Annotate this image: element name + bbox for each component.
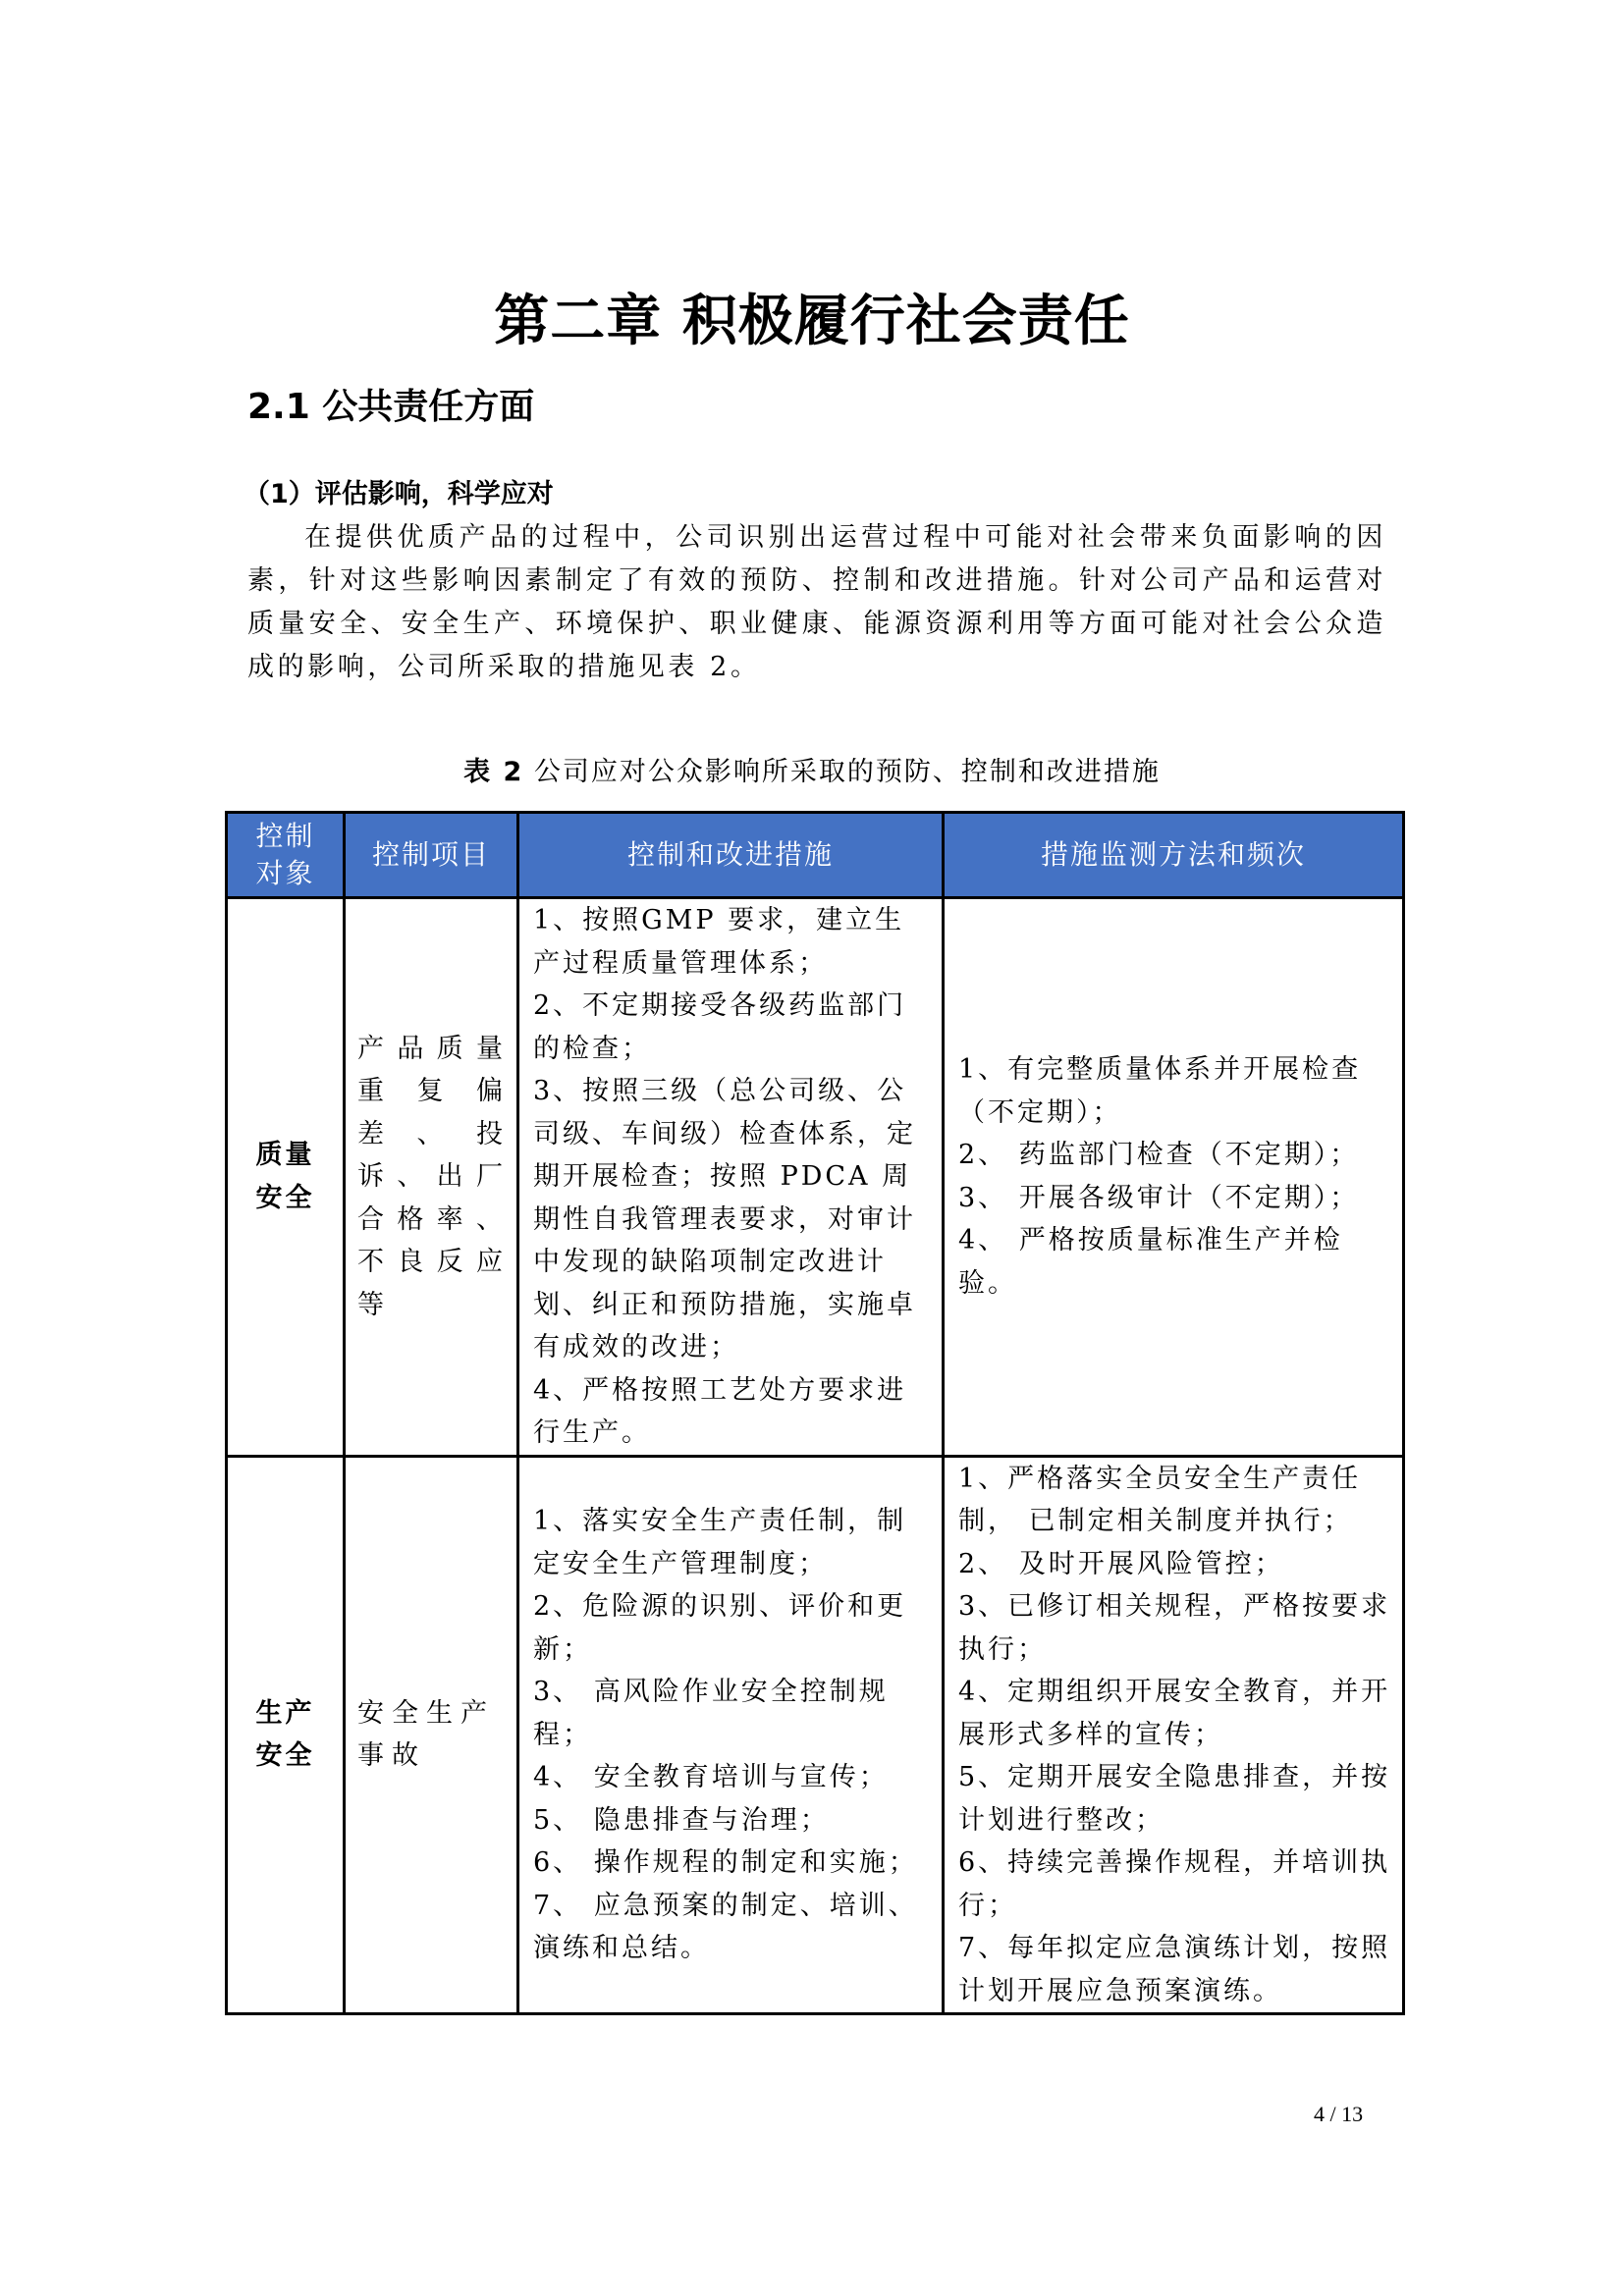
control-object-cell: 生产安全 [227,1456,345,2014]
table-row: 质量安全 产品质量重复偏差、投诉、出厂合格率、不良反应等 1、按照GMP 要求，… [227,898,1404,1457]
header-control-object: 控制对象 [227,813,345,898]
table-caption: 表 2 公司应对公众影响所采取的预防、控制和改进措施 [0,754,1624,791]
subsection-title: （1）评估影响，科学应对 [244,477,554,512]
measure-line: 2、不定期接受各级药监部门的检查； [533,985,934,1070]
monitoring-cell: 1、严格落实全员安全生产责任制， 已制定相关制度并执行； 2、 及时开展风险管控… [944,1456,1404,2014]
control-measures-cell: 1、按照GMP 要求，建立生产过程质量管理体系； 2、不定期接受各级药监部门的检… [518,898,944,1457]
measure-line: 2、危险源的识别、评价和更新； [533,1585,934,1671]
intro-paragraph: 在提供优质产品的过程中，公司识别出运营过程中可能对社会带来负面影响的因素，针对这… [247,516,1386,689]
measure-line: 3、 高风险作业安全控制规程； [533,1671,934,1756]
table-caption-label: 表 2 [463,757,523,787]
header-control-measures: 控制和改进措施 [518,813,944,898]
table-header-row: 控制对象 控制项目 控制和改进措施 措施监测方法和频次 [227,813,1404,898]
monitoring-cell: 1、有完整质量体系并开展检查（不定期）； 2、 药监部门检查（不定期）； 3、 … [944,898,1404,1457]
monitoring-line: 3、 开展各级审计（不定期）； [958,1177,1394,1220]
measures-table: 控制对象 控制项目 控制和改进措施 措施监测方法和频次 质量安全 产品质量重复偏… [225,811,1405,2015]
control-object-cell: 质量安全 [227,898,345,1457]
measure-line: 1、落实安全生产责任制，制定安全生产管理制度； [533,1500,934,1585]
measure-line: 4、严格按照工艺处方要求进行生产。 [533,1369,934,1455]
header-monitoring: 措施监测方法和频次 [944,813,1404,898]
control-measures-cell: 1、落实安全生产责任制，制定安全生产管理制度； 2、危险源的识别、评价和更新； … [518,1456,944,2014]
monitoring-line: 1、严格落实全员安全生产责任制， 已制定相关制度并执行； [958,1458,1394,1543]
control-item-cell: 产品质量重复偏差、投诉、出厂合格率、不良反应等 [345,898,518,1457]
header-control-item: 控制项目 [345,813,518,898]
monitoring-line: 4、 严格按质量标准生产并检验。 [958,1219,1394,1305]
monitoring-line: 2、 药监部门检查（不定期）； [958,1134,1394,1177]
monitoring-line: 3、已修订相关规程，严格按要求执行； [958,1585,1394,1671]
measure-line: 4、 安全教育培训与宣传； [533,1756,934,1799]
table-row: 生产安全 安全生产事故 1、落实安全生产责任制，制定安全生产管理制度； 2、危险… [227,1456,1404,2014]
monitoring-line: 2、 及时开展风险管控； [958,1543,1394,1586]
measure-line: 7、 应急预案的制定、培训、演练和总结。 [533,1885,934,1970]
section-title: 2.1 公共责任方面 [247,385,534,430]
monitoring-line: 1、有完整质量体系并开展检查（不定期）； [958,1048,1394,1134]
table-caption-text: 公司应对公众影响所采取的预防、控制和改进措施 [523,757,1161,787]
measure-line: 1、按照GMP 要求，建立生产过程质量管理体系； [533,899,934,985]
monitoring-line: 7、每年拟定应急演练计划，按照计划开展应急预案演练。 [958,1927,1394,2012]
monitoring-line: 6、持续完善操作规程，并培训执行； [958,1842,1394,1927]
measure-line: 3、按照三级（总公司级、公司级、车间级）检查体系，定期开展检查；按照 PDCA … [533,1070,934,1369]
control-item-cell: 安全生产事故 [345,1456,518,2014]
page-number: 4 / 13 [1314,2102,1363,2127]
monitoring-line: 4、定期组织开展安全教育，并开展形式多样的宣传； [958,1671,1394,1756]
measure-line: 5、 隐患排查与治理； [533,1799,934,1842]
monitoring-line: 5、定期开展安全隐患排查，并按计划进行整改； [958,1756,1394,1842]
measure-line: 6、 操作规程的制定和实施； [533,1842,934,1885]
chapter-title: 第二章 积极履行社会责任 [0,289,1624,355]
